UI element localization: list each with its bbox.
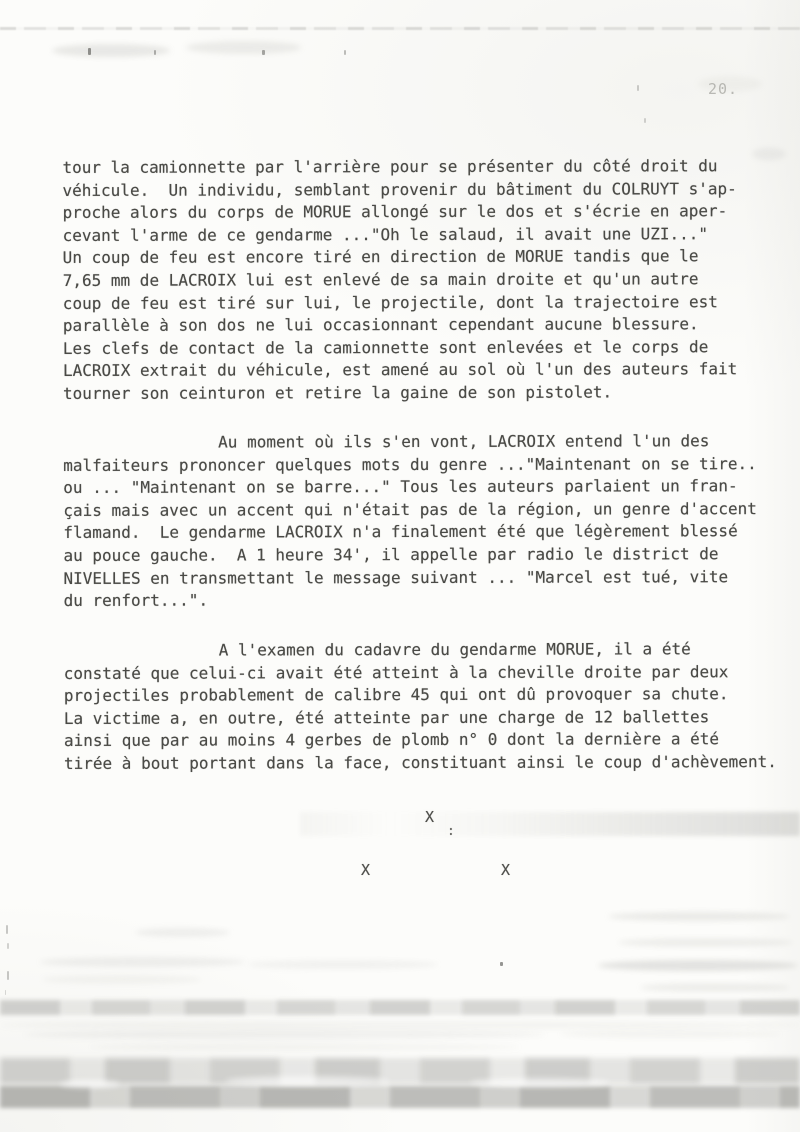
scanned-document-page: 20. tour la camionnette par l'arrière po… [0, 0, 800, 1132]
x-separator-top: X [425, 810, 434, 825]
text-line: tourner son ceinturon et retire la gaine… [63, 381, 783, 405]
scan-smudge [248, 960, 438, 969]
text-line: La victime a, en outre, été atteinte par… [64, 706, 784, 730]
scan-speck [7, 943, 9, 949]
x-separator-right: X [501, 863, 510, 878]
text-line: coup de feu est tiré sur lui, le project… [63, 291, 783, 315]
paragraph-2: Au moment où ils s'en vont, LACROIX ente… [63, 430, 783, 613]
scan-smudge [0, 1021, 800, 1029]
text-line: A l'examen du cadavre du gendarme MORUE,… [64, 638, 784, 662]
scan-smudge [25, 1030, 545, 1039]
scan-speck [7, 971, 9, 980]
scan-band [0, 1086, 800, 1108]
scan-speck [154, 50, 156, 55]
scan-band [0, 1058, 800, 1084]
scan-speck [6, 925, 8, 934]
text-line: Les clefs de contact de la camionnette s… [63, 336, 783, 360]
scan-speck [5, 990, 6, 995]
document-text: tour la camionnette par l'arrière pour s… [62, 0, 782, 1]
scan-smudge [90, 1043, 520, 1051]
text-line: Un coup de feu est encore tiré en direct… [63, 245, 783, 269]
text-line: véhicule. Un individu, semblant provenir… [62, 178, 782, 202]
scan-line-artifact [0, 27, 800, 30]
scan-speck [644, 118, 646, 123]
scan-smudge [186, 41, 301, 54]
text-line: du renfort...". [64, 588, 784, 612]
text-line: ou ... "Maintenant on se barre..." Tous … [63, 475, 783, 499]
scan-smudge [135, 928, 230, 937]
scan-smudge [560, 1030, 780, 1038]
scan-smudge [42, 975, 202, 984]
text-line: proche alors du corps de MORUE allongé s… [63, 200, 783, 224]
text-line: parallèle à son dos ne lui occasionnant … [63, 313, 783, 337]
paragraph-1: tour la camionnette par l'arrière pour s… [62, 155, 783, 405]
scan-speck [262, 50, 265, 55]
scan-smudge [598, 960, 798, 971]
text-line: flamand. Le gendarme LACROIX n'a finalem… [63, 520, 783, 544]
text-line: LACROIX extrait du véhicule, est amené a… [63, 358, 783, 382]
paragraph-3: A l'examen du cadavre du gendarme MORUE,… [64, 638, 784, 775]
scan-smudge [618, 938, 793, 947]
page-number: 20. [708, 80, 738, 98]
colon-mark: : [447, 824, 455, 839]
text-line: constaté que celui-ci avait été atteint … [64, 661, 784, 685]
text-line: au pouce gauche. A 1 heure 34', il appel… [63, 543, 783, 567]
text-line: tirée à bout portant dans la face, const… [64, 751, 784, 775]
scan-light-gap [225, 1076, 390, 1086]
text-line: projectiles probablement de calibre 45 q… [64, 683, 784, 707]
scan-smudge [608, 912, 790, 921]
text-line: NIVELLES en transmettant le message suiv… [63, 566, 783, 590]
scan-band [0, 1000, 800, 1015]
x-separator-left: X [361, 863, 370, 878]
scan-speck [637, 85, 639, 91]
text-line: malfaiteurs prononcer quelques mots du g… [63, 453, 783, 477]
scan-speck [500, 962, 503, 966]
scan-smudge [640, 983, 790, 992]
scan-light-gap [60, 1080, 120, 1088]
text-line: cevant l'arme de ce gendarme ..."Oh le s… [63, 223, 783, 247]
scan-light-gap [470, 1078, 610, 1087]
text-line: çais mais avec un accent qui n'était pas… [63, 498, 783, 522]
scan-smudge [40, 957, 245, 967]
scan-smudge [52, 44, 170, 57]
text-line: 7,65 mm de LACROIX lui est enlevé de sa … [63, 268, 783, 292]
scan-speck [88, 48, 91, 55]
text-line: ainsi que par au moins 4 gerbes de plomb… [64, 728, 784, 752]
text-line: Au moment où ils s'en vont, LACROIX ente… [63, 430, 783, 454]
scan-band [300, 812, 800, 836]
scan-speck [344, 50, 346, 55]
text-line: tour la camionnette par l'arrière pour s… [62, 155, 782, 179]
